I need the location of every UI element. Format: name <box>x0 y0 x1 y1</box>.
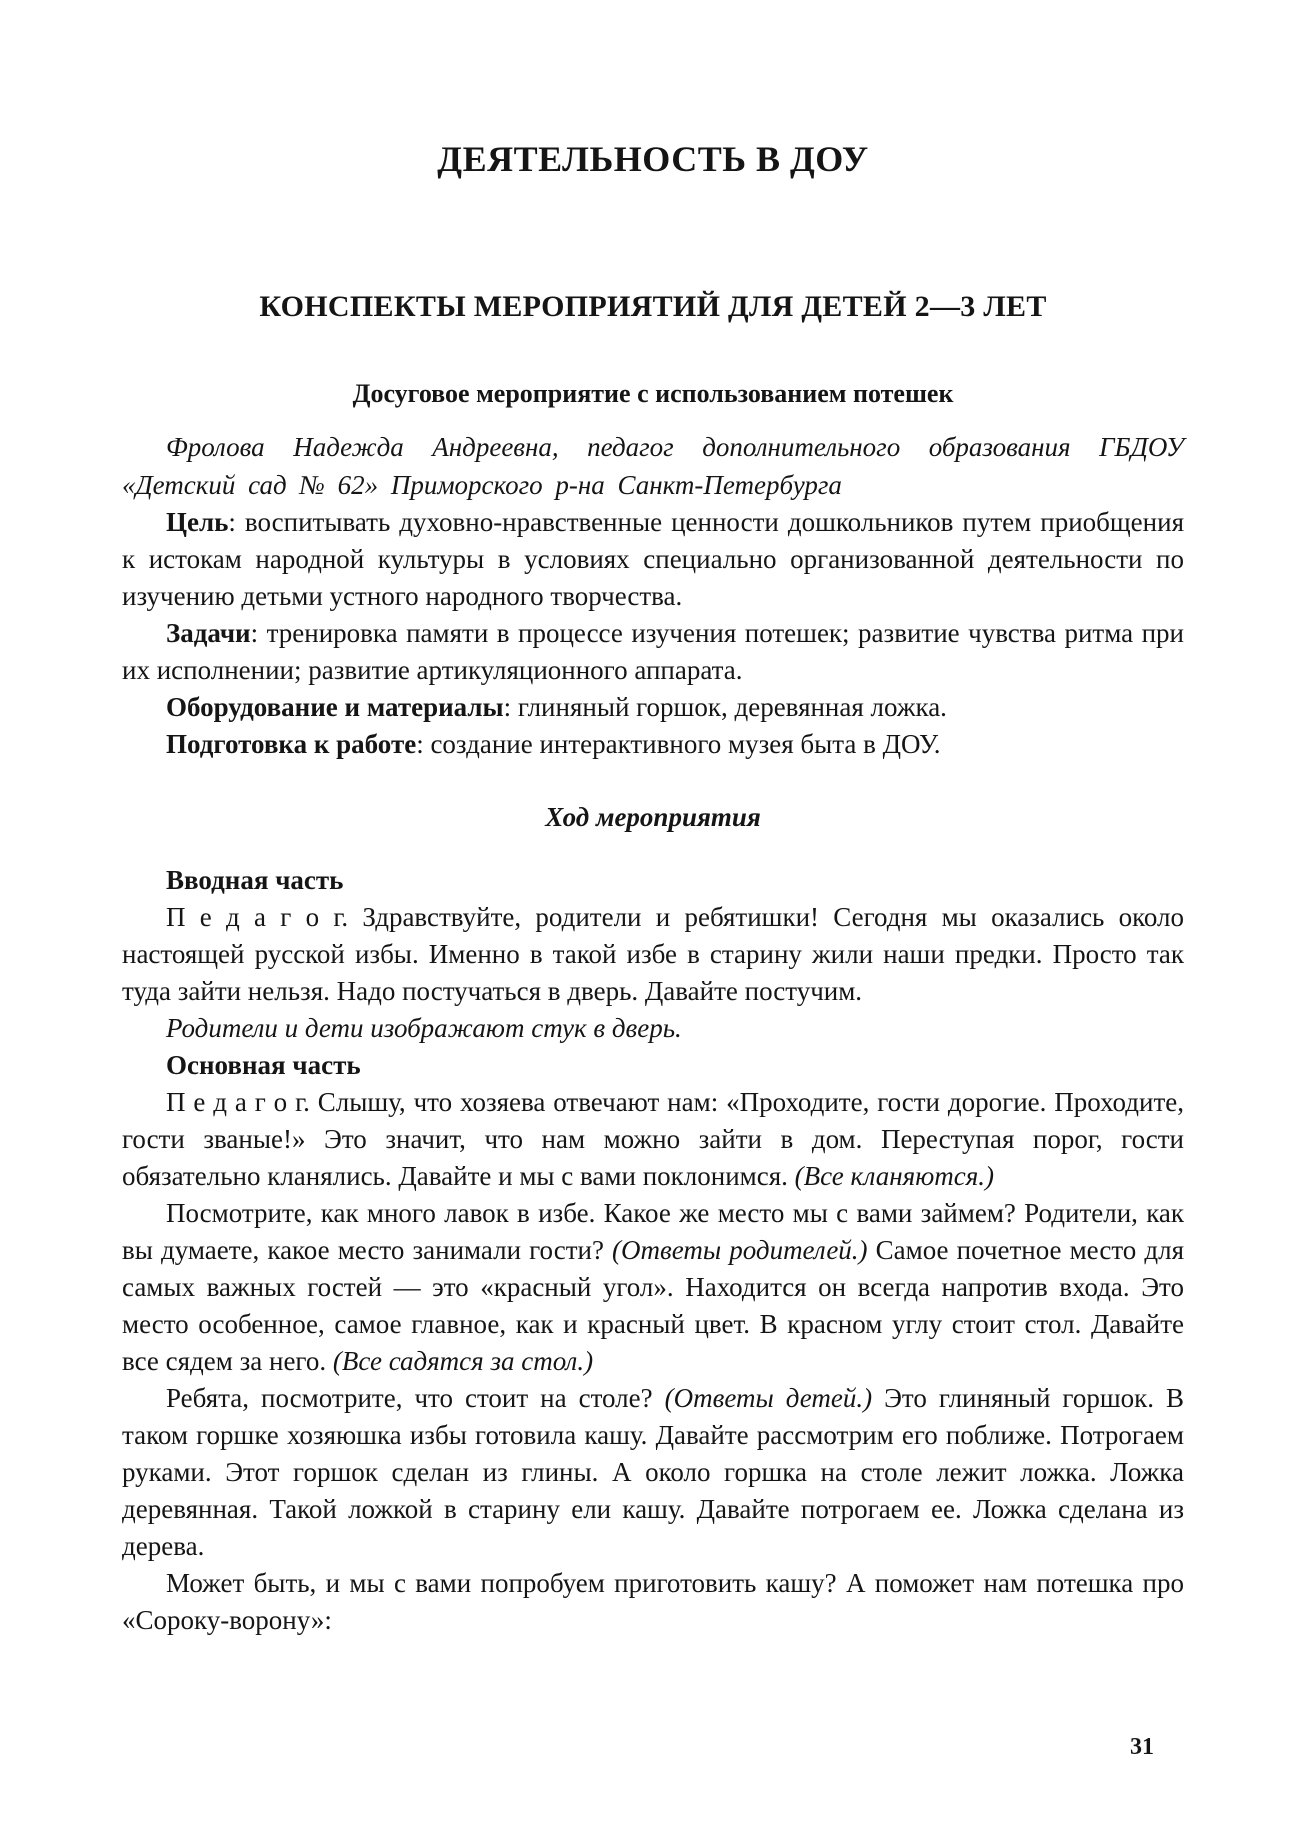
text-run: Задачи <box>166 618 251 648</box>
paragraph: Может быть, и мы с вами попробуем пригот… <box>122 1565 1184 1639</box>
text-body: Фролова Надежда Андреевна, педагог допол… <box>122 428 1184 1639</box>
paragraph: Цель: воспитывать духовно-нравственные ц… <box>122 504 1184 615</box>
text-run: Родители и дети изображают стук в дверь. <box>166 1013 682 1043</box>
chapter-title: ДЕЯТЕЛЬНОСТЬ В ДОУ <box>122 0 1184 180</box>
event-title: Досуговое мероприятие с использованием п… <box>122 379 1184 409</box>
paragraph: Подготовка к работе: создание интерактив… <box>122 726 1184 763</box>
stage-direction: Родители и дети изображают стук в дверь. <box>122 1010 1184 1047</box>
text-run: : воспитывать духовно-нравственные ценно… <box>122 507 1184 611</box>
paragraph: П е д а г о г. Слышу, что хозяева отвеча… <box>122 1084 1184 1195</box>
text-run: (Все кланяются.) <box>795 1161 994 1191</box>
text-run: : создание интерактивного музея быта в Д… <box>416 729 940 759</box>
text-run: П е д а г о г. Здравствуйте, родители и … <box>122 902 1184 1006</box>
paragraph: Посмотрите, как много лавок в избе. Како… <box>122 1195 1184 1380</box>
text-run: П е д а г о г. Слышу, что хозяева отвеча… <box>122 1087 1184 1191</box>
text-run: Основная часть <box>166 1050 361 1080</box>
paragraph: Ребята, посмотрите, что стоит на столе? … <box>122 1380 1184 1565</box>
text-run: Подготовка к работе <box>166 729 416 759</box>
text-run: (Все садятся за стол.) <box>333 1346 593 1376</box>
paragraph: Задачи: тренировка памяти в процессе изу… <box>122 615 1184 689</box>
paragraph: П е д а г о г. Здравствуйте, родители и … <box>122 899 1184 1010</box>
text-run: (Ответы родителей.) <box>612 1235 868 1265</box>
text-run: : глиняный горшок, деревянная ложка. <box>504 692 947 722</box>
text-run: Фролова Надежда Андреевна, педагог допол… <box>122 432 1184 500</box>
section-title: КОНСПЕКТЫ МЕРОПРИЯТИЙ ДЛЯ ДЕТЕЙ 2—3 ЛЕТ <box>122 290 1184 323</box>
text-run: Оборудование и материалы <box>166 692 504 722</box>
author-credit: Фролова Надежда Андреевна, педагог допол… <box>122 428 1184 504</box>
book-page: ДЕЯТЕЛЬНОСТЬ В ДОУ КОНСПЕКТЫ МЕРОПРИЯТИЙ… <box>0 0 1300 1639</box>
paragraph: Основная часть <box>122 1047 1184 1084</box>
text-run: Ход мероприятия <box>545 802 761 832</box>
text-run: Цель <box>166 507 228 537</box>
subsection-heading: Ход мероприятия <box>122 799 1184 836</box>
text-run: Может быть, и мы с вами попробуем пригот… <box>122 1568 1184 1635</box>
page-number: 31 <box>1130 1734 1154 1761</box>
paragraph: Вводная часть <box>122 862 1184 899</box>
text-run: : тренировка памяти в процессе изучения … <box>122 618 1184 685</box>
text-run: (Ответы детей.) <box>665 1383 872 1413</box>
text-run: Ребята, посмотрите, что стоит на столе? <box>166 1383 665 1413</box>
text-run: Вводная часть <box>166 865 343 895</box>
paragraph: Оборудование и материалы: глиняный горшо… <box>122 689 1184 726</box>
